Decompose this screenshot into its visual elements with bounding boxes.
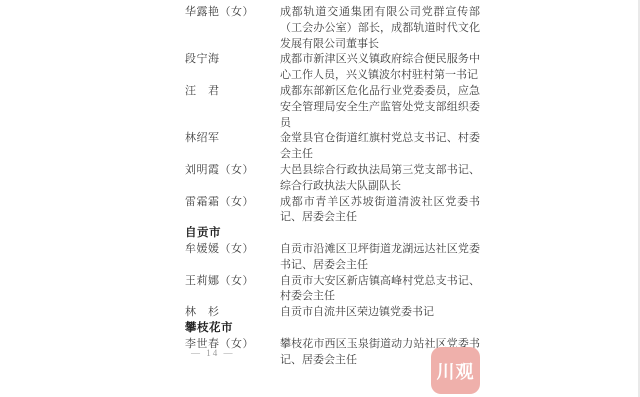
person-title: 成都市青羊区苏坡街道清波社区党委书记、居委会主任 xyxy=(280,195,480,227)
person-title: 成都东部新区危化品行业党委委员，应急安全管理局安全生产监管处党支部组织委员 xyxy=(280,84,480,131)
list-item: 牟媛媛（女）自贡市沿滩区卫坪街道龙湖远达社区党委书记、居委会主任 xyxy=(185,242,485,274)
person-name: 华露艳（女） xyxy=(185,5,280,21)
person-name: 段宁海 xyxy=(185,52,280,68)
person-title: 自贡市沿滩区卫坪街道龙湖远达社区党委书记、居委会主任 xyxy=(280,242,480,274)
person-title: 金堂县官仓街道红旗村党总支书记、村委会主任 xyxy=(280,131,480,163)
chuanguan-watermark-badge: 川观 xyxy=(431,347,480,394)
city-section-header: 自贡市 xyxy=(185,226,485,242)
person-title: 成都市新津区兴义镇政府综合便民服务中心工作人员，兴义镇波尔村驻村第一书记 xyxy=(280,52,480,84)
list-item: 王莉娜（女）自贡市大安区新店镇高峰村党总支书记、村委会主任 xyxy=(185,274,485,306)
award-list: 华露艳（女）成都轨道交通集团有限公司党群宣传部（工会办公室）部长，成都轨道时代文… xyxy=(185,5,485,368)
city-section-header: 攀枝花市 xyxy=(185,321,485,337)
list-item: 刘明霞（女）大邑县综合行政执法局第三党支部书记、综合行政执法大队副队长 xyxy=(185,163,485,195)
chuanguan-watermark-text: 川观 xyxy=(437,358,475,384)
person-name: 刘明霞（女） xyxy=(185,163,280,179)
person-name: 王莉娜（女） xyxy=(185,274,280,290)
person-title: 自贡市自流井区荣边镇党委书记 xyxy=(280,305,480,321)
page-number: — 14 — xyxy=(191,348,235,358)
person-name: 雷霜霜（女） xyxy=(185,195,280,211)
list-item: 雷霜霜（女）成都市青羊区苏坡街道清波社区党委书记、居委会主任 xyxy=(185,195,485,227)
person-name: 林 杉 xyxy=(185,305,280,321)
list-item: 林 杉自贡市自流井区荣边镇党委书记 xyxy=(185,305,485,321)
person-title: 大邑县综合行政执法局第三党支部书记、综合行政执法大队副队长 xyxy=(280,163,480,195)
person-name: 林绍军 xyxy=(185,131,280,147)
list-item: 林绍军金堂县官仓街道红旗村党总支书记、村委会主任 xyxy=(185,131,485,163)
person-name: 汪 君 xyxy=(185,84,280,100)
person-name: 牟媛媛（女） xyxy=(185,242,280,258)
list-item: 汪 君成都东部新区危化品行业党委委员，应急安全管理局安全生产监管处党支部组织委员 xyxy=(185,84,485,131)
person-title: 自贡市大安区新店镇高峰村党总支书记、村委会主任 xyxy=(280,274,480,306)
list-item: 段宁海成都市新津区兴义镇政府综合便民服务中心工作人员，兴义镇波尔村驻村第一书记 xyxy=(185,52,485,84)
list-item: 华露艳（女）成都轨道交通集团有限公司党群宣传部（工会办公室）部长，成都轨道时代文… xyxy=(185,5,485,52)
person-title: 成都轨道交通集团有限公司党群宣传部（工会办公室）部长，成都轨道时代文化发展有限公… xyxy=(280,5,480,52)
